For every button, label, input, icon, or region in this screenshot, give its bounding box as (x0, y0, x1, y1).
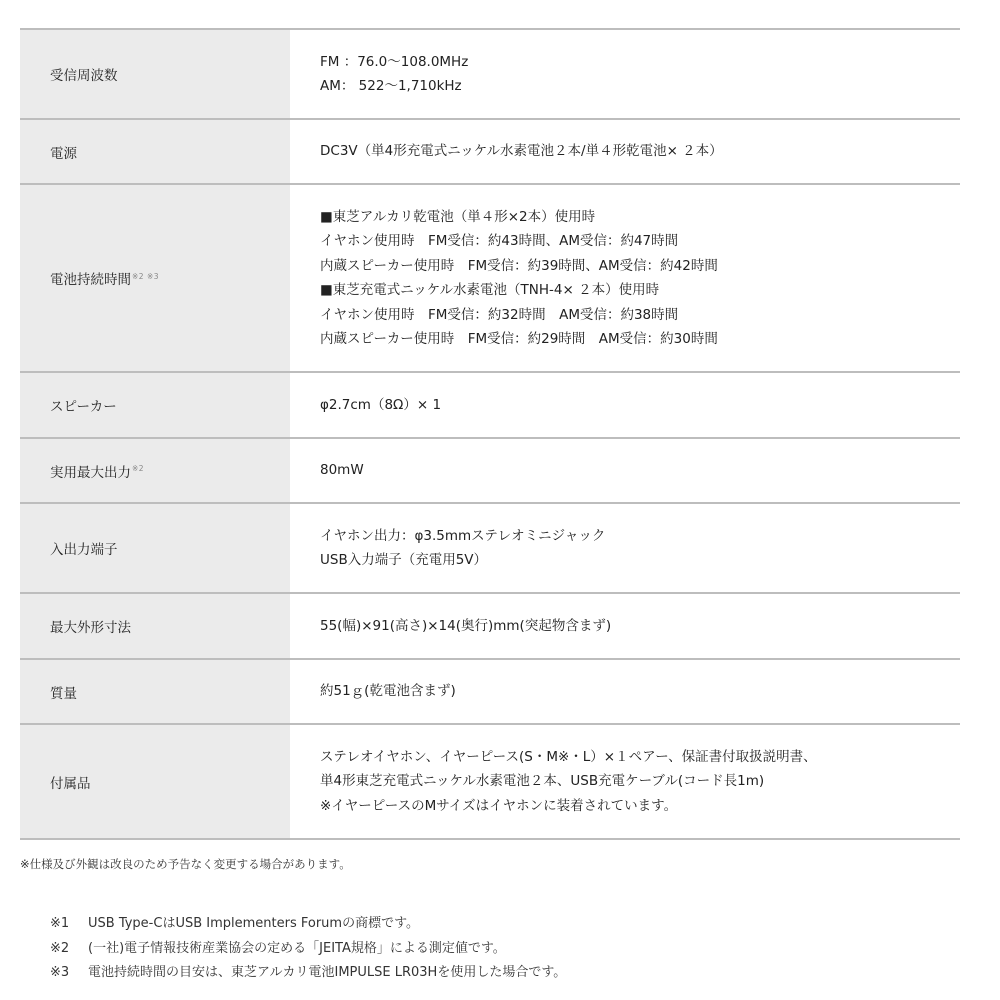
spec-label-cell: 入出力端子 (20, 503, 290, 593)
spec-value-line: 80mW (320, 458, 960, 483)
spec-label-cell: 付属品 (20, 724, 290, 839)
spec-label: スピーカー (50, 399, 117, 415)
spec-table: 受信周波数FM ：76.0～108.0MHzAM： 522～1,710kHz電源… (20, 28, 960, 840)
spec-label-cell: 質量 (20, 659, 290, 724)
spec-row: 受信周波数FM ：76.0～108.0MHzAM： 522～1,710kHz (20, 29, 960, 119)
spec-label-cell: スピーカー (20, 372, 290, 438)
spec-value-line: DC3V（単4形充電式ニッケル水素電池２本/単４形乾電池× ２本） (320, 139, 960, 164)
footnote-1: ※1USB Type-CはUSB Implementers Forumの商標です… (50, 912, 566, 937)
spec-value-cell: 80mW (290, 438, 960, 503)
spec-value-cell: 55(幅)×91(高さ)×14(奥行)mm(突起物含まず) (290, 593, 960, 659)
spec-row: 入出力端子イヤホン出力：φ3.5mmステレオミニジャックUSB入力端子（充電用5… (20, 503, 960, 593)
spec-label-cell: 電源 (20, 119, 290, 184)
spec-value-line: 単4形東芝充電式ニッケル水素電池２本、USB充電ケーブル(コード長1m) (320, 769, 960, 794)
spec-label: 質量 (50, 686, 77, 702)
spec-value-line: FM ：76.0～108.0MHz (320, 50, 960, 75)
footnote-mark: ※1 (50, 912, 88, 937)
spec-value-line: イヤホン使用時 FM受信：約43時間、AM受信：約47時間 (320, 229, 960, 254)
spec-value-cell: φ2.7cm（8Ω）× 1 (290, 372, 960, 438)
spec-value-line: ■東芝アルカリ乾電池（単４形×2本）使用時 (320, 205, 960, 230)
footnote-text: (一社)電子情報技術産業協会の定める「JEITA規格」による測定値です。 (88, 941, 506, 956)
spec-label-cell: 電池持続時間※2 ※3 (20, 184, 290, 372)
spec-label: 電池持続時間 (50, 272, 131, 288)
spec-value-cell: FM ：76.0～108.0MHzAM： 522～1,710kHz (290, 29, 960, 119)
spec-row: 電源DC3V（単4形充電式ニッケル水素電池２本/単４形乾電池× ２本） (20, 119, 960, 184)
spec-value-line: USB入力端子（充電用5V） (320, 548, 960, 573)
spec-value-cell: DC3V（単4形充電式ニッケル水素電池２本/単４形乾電池× ２本） (290, 119, 960, 184)
spec-value-cell: 約51ｇ(乾電池含まず) (290, 659, 960, 724)
footnote-reference: ※2 ※3 (132, 272, 159, 281)
spec-value-line: 内蔵スピーカー使用時 FM受信：約29時間 AM受信：約30時間 (320, 327, 960, 352)
footnote-mark: ※3 (50, 961, 88, 986)
spec-value-line: イヤホン出力：φ3.5mmステレオミニジャック (320, 524, 960, 549)
spec-label: 最大外形寸法 (50, 620, 131, 636)
spec-label: 入出力端子 (50, 542, 118, 558)
spec-row: 実用最大出力※280mW (20, 438, 960, 503)
spec-value-cell: イヤホン出力：φ3.5mmステレオミニジャックUSB入力端子（充電用5V） (290, 503, 960, 593)
spec-label: 電源 (50, 146, 77, 162)
footnote-mark: ※2 (50, 937, 88, 962)
spec-row: 質量約51ｇ(乾電池含まず) (20, 659, 960, 724)
footnote-text: 電池持続時間の目安は、東芝アルカリ電池IMPULSE LR03Hを使用した場合で… (88, 965, 566, 980)
footnote-text: USB Type-CはUSB Implementers Forumの商標です。 (88, 916, 419, 931)
footnote-2: ※2(一社)電子情報技術産業協会の定める「JEITA規格」による測定値です。 (50, 937, 566, 962)
spec-value-line: ※イヤーピースのMサイズはイヤホンに装着されています。 (320, 794, 960, 819)
spec-value-line: 内蔵スピーカー使用時 FM受信：約39時間、AM受信：約42時間 (320, 254, 960, 279)
footnote-3: ※3電池持続時間の目安は、東芝アルカリ電池IMPULSE LR03Hを使用した場… (50, 961, 566, 986)
spec-table-body: 受信周波数FM ：76.0～108.0MHzAM： 522～1,710kHz電源… (20, 29, 960, 839)
spec-value-line: 55(幅)×91(高さ)×14(奥行)mm(突起物含まず) (320, 614, 960, 639)
spec-label-cell: 受信周波数 (20, 29, 290, 119)
general-note: ※仕様及び外観は改良のため予告なく変更する場合があります。 (20, 856, 351, 872)
spec-label: 実用最大出力 (50, 465, 131, 481)
spec-value-cell: ■東芝アルカリ乾電池（単４形×2本）使用時イヤホン使用時 FM受信：約43時間、… (290, 184, 960, 372)
spec-label: 受信周波数 (50, 68, 118, 84)
spec-value-line: φ2.7cm（8Ω）× 1 (320, 393, 960, 418)
spec-label-cell: 最大外形寸法 (20, 593, 290, 659)
spec-label: 付属品 (50, 776, 91, 792)
spec-value-line: イヤホン使用時 FM受信：約32時間 AM受信：約38時間 (320, 303, 960, 328)
spec-row: 付属品ステレオイヤホン、イヤーピース(S・M※・L）×１ペアー、保証書付取扱説明… (20, 724, 960, 839)
spec-label-cell: 実用最大出力※2 (20, 438, 290, 503)
spec-value-line: 約51ｇ(乾電池含まず) (320, 679, 960, 704)
footnotes: ※1USB Type-CはUSB Implementers Forumの商標です… (50, 912, 566, 986)
spec-row: 最大外形寸法55(幅)×91(高さ)×14(奥行)mm(突起物含まず) (20, 593, 960, 659)
footnote-reference: ※2 (132, 464, 144, 473)
spec-row: 電池持続時間※2 ※3■東芝アルカリ乾電池（単４形×2本）使用時イヤホン使用時 … (20, 184, 960, 372)
spec-value-line: ■東芝充電式ニッケル水素電池（TNH-4× ２本）使用時 (320, 278, 960, 303)
spec-value-line: AM： 522～1,710kHz (320, 74, 960, 99)
spec-value-cell: ステレオイヤホン、イヤーピース(S・M※・L）×１ペアー、保証書付取扱説明書、単… (290, 724, 960, 839)
spec-value-line: ステレオイヤホン、イヤーピース(S・M※・L）×１ペアー、保証書付取扱説明書、 (320, 745, 960, 770)
spec-row: スピーカーφ2.7cm（8Ω）× 1 (20, 372, 960, 438)
